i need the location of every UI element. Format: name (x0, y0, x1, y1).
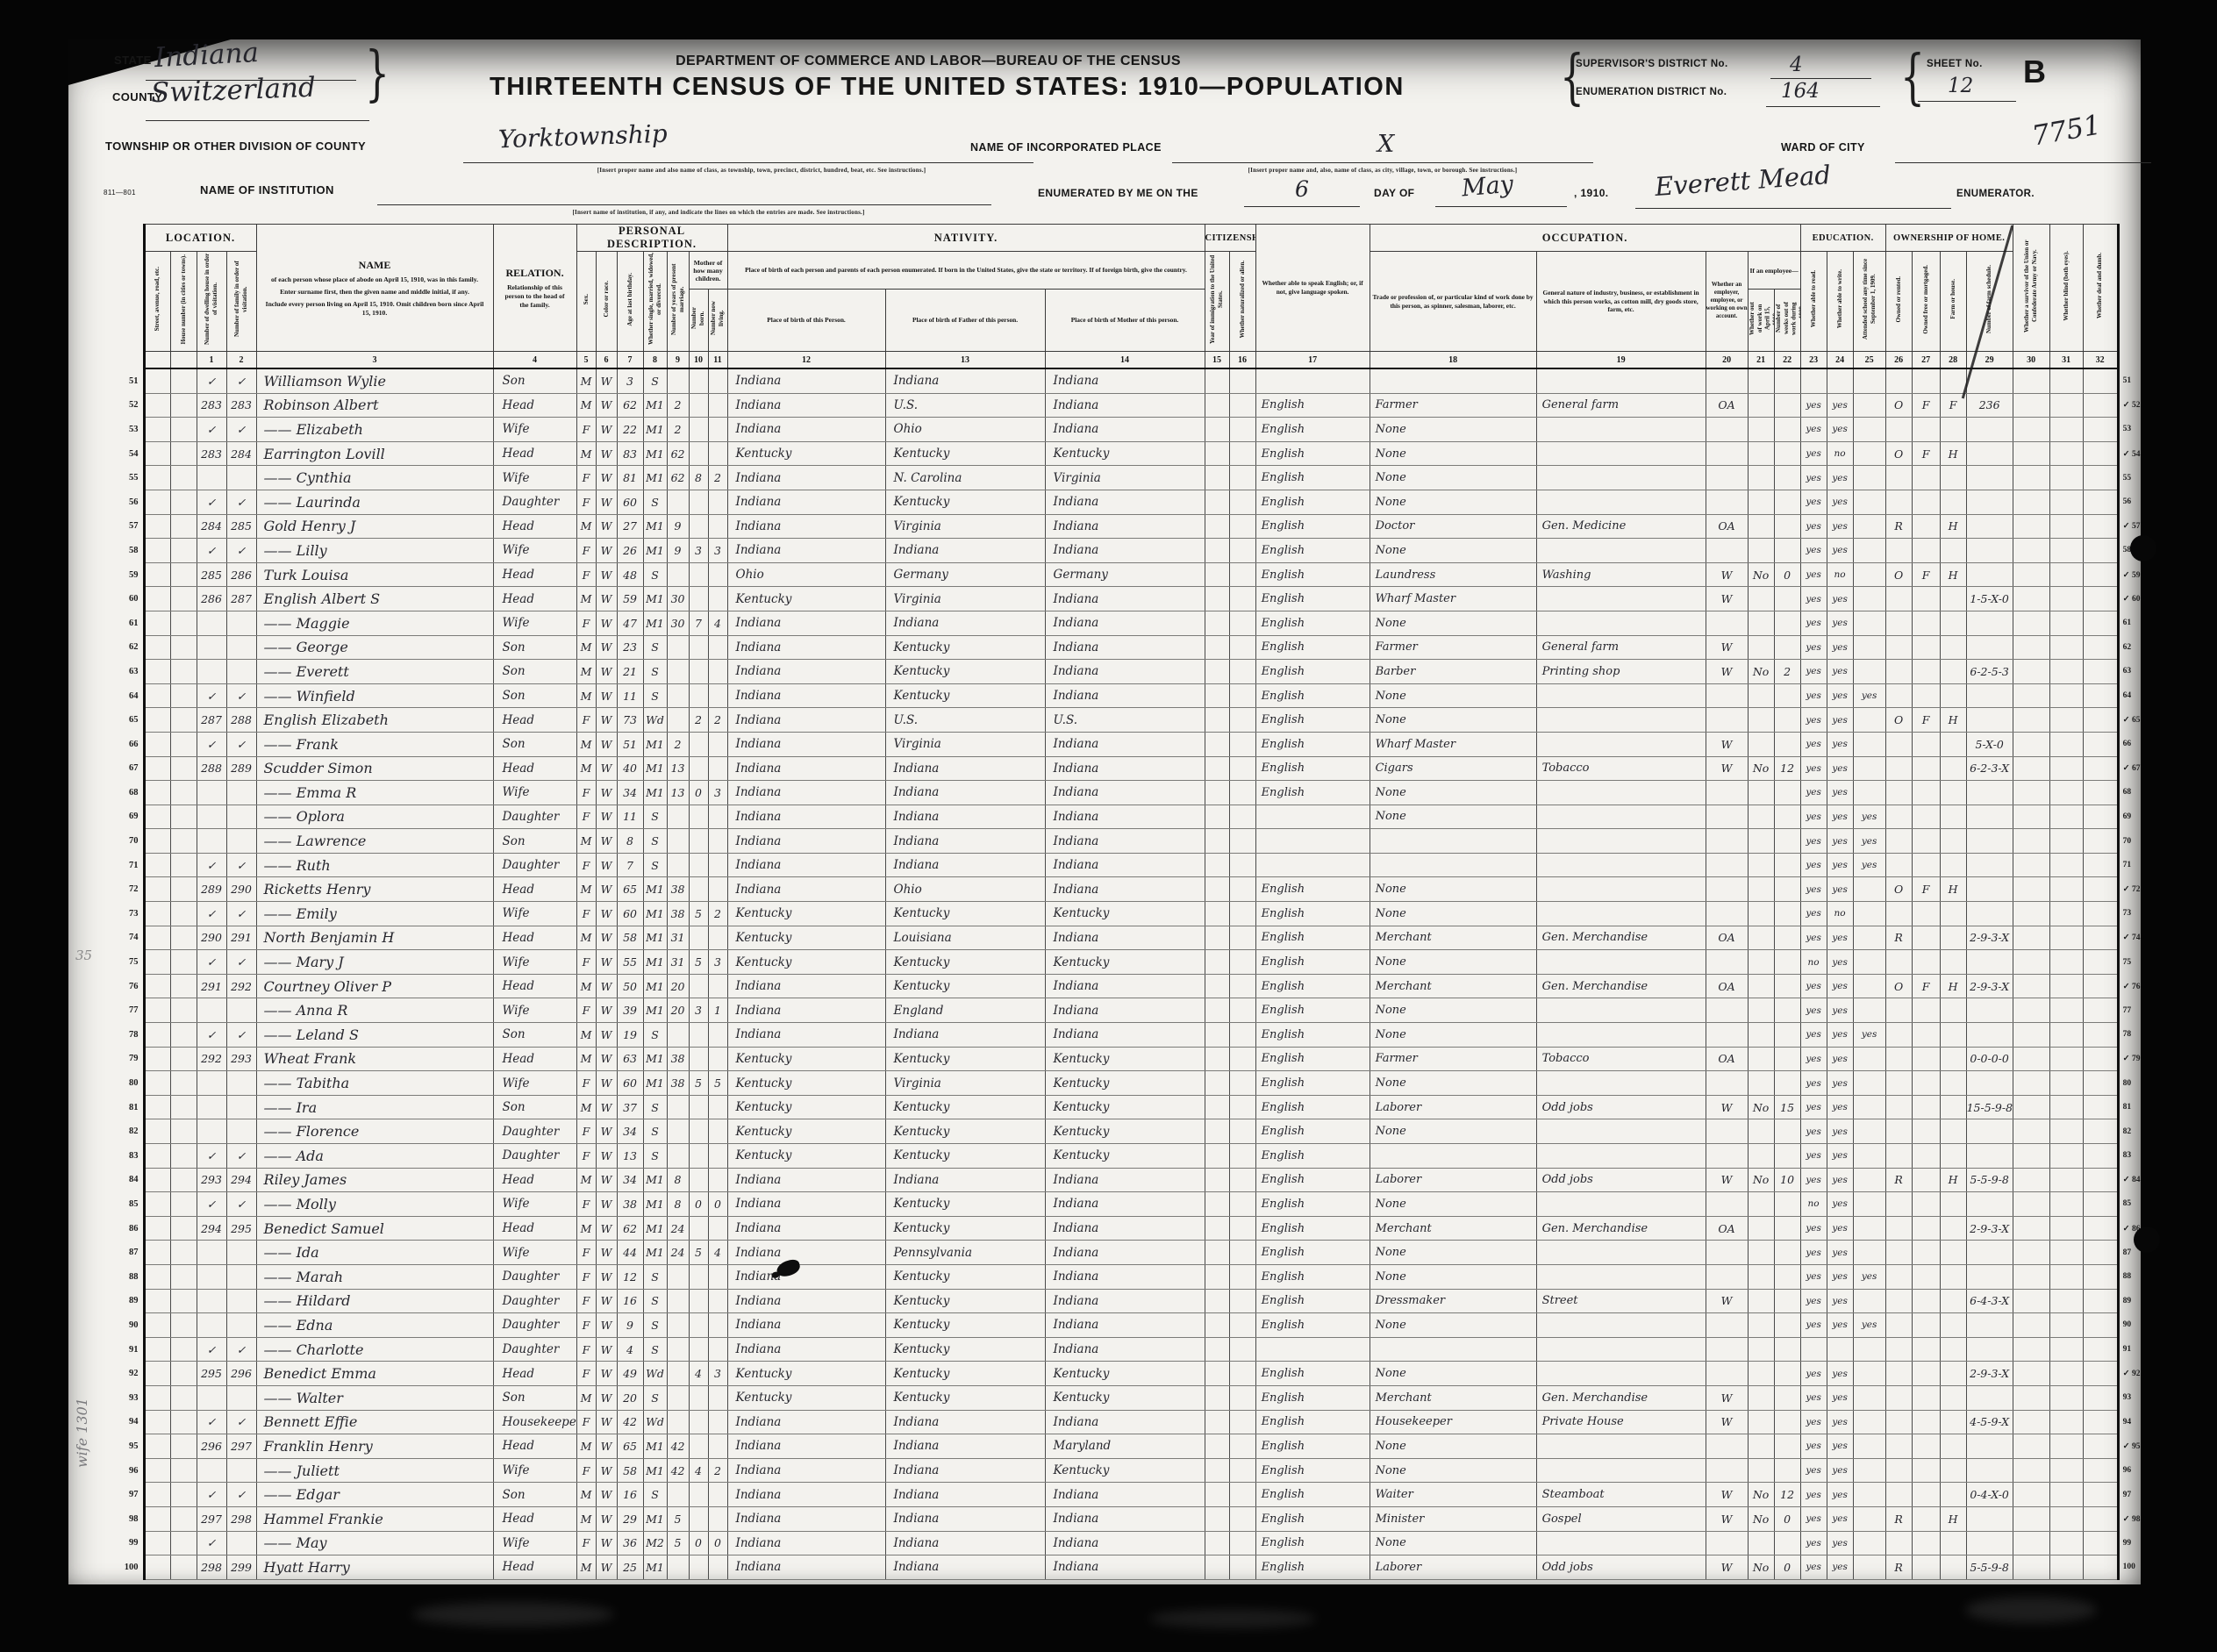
cell-years-married: 38 (667, 902, 689, 926)
cell-street (144, 1023, 170, 1048)
cell-industry (1536, 1119, 1706, 1144)
cell-can-write: yes (1827, 1531, 1853, 1555)
cell-sex: M (576, 1095, 596, 1119)
cell-school (1853, 393, 1885, 418)
cell-farm-or-house: H (1940, 974, 1966, 998)
line-number-left: 89 (112, 1289, 144, 1313)
cell-marital-status: M1 (643, 1071, 667, 1096)
cell-occupation: None (1370, 998, 1536, 1023)
cell-can-write: yes (1827, 974, 1853, 998)
cell-color: W (596, 393, 617, 418)
cell-father-birthplace: Indiana (885, 611, 1045, 635)
cell-home-owned (1885, 1458, 1912, 1483)
cell-naturalized (1229, 1095, 1255, 1119)
cell-house (170, 829, 197, 854)
cell-employer-status: OA (1706, 1216, 1748, 1241)
cell-name: —— Edna (256, 1313, 493, 1338)
column-header: Number born. (689, 290, 708, 352)
cell-home-owned (1885, 1095, 1912, 1119)
cell-birthplace: Indiana (727, 1216, 885, 1241)
cell-years-married: 5 (667, 1506, 689, 1531)
cell-out-of-work (1748, 1362, 1774, 1386)
cell-industry: Tobacco (1536, 756, 1706, 781)
cell-farm-or-house (1940, 1047, 1966, 1071)
cell-home-owned: R (1885, 1506, 1912, 1531)
cell-mortgage: F (1912, 974, 1940, 998)
cell-color: W (596, 805, 617, 829)
cell-house (170, 974, 197, 998)
cell-out-of-work (1748, 708, 1774, 733)
cell-farm-schedule: 5-X-0 (1966, 732, 2013, 756)
cell-father-birthplace: Kentucky (885, 441, 1045, 466)
cell-farm-schedule: 0-4-X-0 (1966, 1483, 2013, 1507)
cell-blind (2049, 1119, 2083, 1144)
cell-occupation: Merchant (1370, 1385, 1536, 1410)
cell-weeks-out: 12 (1774, 756, 1800, 781)
cell-house (170, 562, 197, 587)
cell-deaf (2083, 974, 2118, 998)
cell-blind (2049, 660, 2083, 684)
cell-blind (2049, 683, 2083, 708)
cell-years-married: 38 (667, 877, 689, 902)
cell-school (1853, 418, 1885, 442)
cell-naturalized (1229, 1119, 1255, 1144)
row-number-gutter-left (112, 225, 144, 369)
cell-can-read: yes (1800, 660, 1827, 684)
cell-dwelling-number (197, 1241, 226, 1265)
cell-out-of-work (1748, 514, 1774, 539)
cell-war-survivor (2013, 1071, 2049, 1096)
cell-children-born (689, 1144, 708, 1169)
cell-can-read: yes (1800, 683, 1827, 708)
cell-home-owned (1885, 635, 1912, 660)
cell-sex: M (576, 514, 596, 539)
cell-color: W (596, 660, 617, 684)
cell-farm-schedule (1966, 466, 2013, 490)
cell-can-write: yes (1827, 732, 1853, 756)
cell-school (1853, 514, 1885, 539)
cell-children-born: 0 (689, 1192, 708, 1217)
cell-employer-status (1706, 1071, 1748, 1096)
cell-mother-birthplace: Indiana (1045, 514, 1205, 539)
cell-family-number: 288 (226, 708, 256, 733)
cell-relation: Head (493, 1216, 576, 1241)
cell-sex: F (576, 418, 596, 442)
cell-relation: Daughter (493, 1144, 576, 1169)
cell-language: English (1255, 950, 1370, 975)
line-number-left: 92 (112, 1362, 144, 1386)
cell-age: 7 (617, 853, 643, 877)
cell-color: W (596, 708, 617, 733)
cell-street (144, 732, 170, 756)
cell-mortgage (1912, 611, 1940, 635)
cell-mother-birthplace: U.S. (1045, 708, 1205, 733)
cell-color: W (596, 1241, 617, 1265)
cell-name: Earrington Lovill (256, 441, 493, 466)
cell-dwelling-number (197, 611, 226, 635)
cell-school (1853, 1362, 1885, 1386)
cell-street (144, 1410, 170, 1434)
cell-children-born (689, 1095, 708, 1119)
cell-years-married (667, 683, 689, 708)
cell-house (170, 1192, 197, 1217)
cell-can-read: yes (1800, 998, 1827, 1023)
cell-school (1853, 1216, 1885, 1241)
cell-sex: M (576, 1385, 596, 1410)
cell-employer-status: OA (1706, 393, 1748, 418)
cell-mother-birthplace: Indiana (1045, 1313, 1205, 1338)
cell-weeks-out (1774, 1385, 1800, 1410)
cell-deaf (2083, 781, 2118, 805)
cell-house (170, 708, 197, 733)
cell-naturalized (1229, 1410, 1255, 1434)
cell-house (170, 490, 197, 514)
cell-color: W (596, 587, 617, 611)
cell-industry: Gen. Merchandise (1536, 926, 1706, 950)
cell-can-write: yes (1827, 926, 1853, 950)
cell-children-born (689, 877, 708, 902)
cell-years-married (667, 490, 689, 514)
cell-language: English (1255, 1095, 1370, 1119)
cell-house (170, 1410, 197, 1434)
cell-relation: Head (493, 562, 576, 587)
line-number-right: 55 (2118, 466, 2158, 490)
cell-employer-status: W (1706, 1555, 1748, 1580)
cell-relation: Son (493, 732, 576, 756)
cell-color: W (596, 514, 617, 539)
cell-blind (2049, 1410, 2083, 1434)
cell-family-number (226, 466, 256, 490)
cell-name: —— Lilly (256, 539, 493, 563)
cell-mother-birthplace: Kentucky (1045, 950, 1205, 975)
cell-occupation (1370, 368, 1536, 393)
cell-children-born (689, 1023, 708, 1048)
cell-farm-schedule (1966, 441, 2013, 466)
cell-marital-status: M1 (643, 539, 667, 563)
cell-weeks-out (1774, 974, 1800, 998)
cell-employer-status: OA (1706, 514, 1748, 539)
cell-years-married: 8 (667, 1192, 689, 1217)
cell-occupation: None (1370, 1458, 1536, 1483)
cell-children-living (708, 1216, 727, 1241)
cell-weeks-out (1774, 611, 1800, 635)
cell-father-birthplace: Kentucky (885, 1385, 1045, 1410)
cell-occupation: Laborer (1370, 1555, 1536, 1580)
cell-can-read: yes (1800, 1144, 1827, 1169)
cell-name: —— Cynthia (256, 466, 493, 490)
cell-father-birthplace: Indiana (885, 1555, 1045, 1580)
cell-family-number: ✓ (226, 368, 256, 393)
cell-home-owned: R (1885, 1555, 1912, 1580)
cell-occupation (1370, 1144, 1536, 1169)
cell-age: 39 (617, 998, 643, 1023)
cell-mortgage (1912, 732, 1940, 756)
cell-sex: F (576, 1071, 596, 1096)
cell-family-number (226, 635, 256, 660)
cell-sex: F (576, 1192, 596, 1217)
cell-family-number (226, 1241, 256, 1265)
cell-name: —— Emma R (256, 781, 493, 805)
cell-name: —— Edgar (256, 1483, 493, 1507)
cell-farm-or-house (1940, 490, 1966, 514)
line-number-left: 69 (112, 805, 144, 829)
cell-farm-schedule: 0-0-0-0 (1966, 1047, 2013, 1071)
cell-age: 36 (617, 1531, 643, 1555)
cell-age: 25 (617, 1555, 643, 1580)
cell-industry: Odd jobs (1536, 1095, 1706, 1119)
cell-children-born (689, 441, 708, 466)
cell-name: Robinson Albert (256, 393, 493, 418)
form-code: 811—801 (104, 189, 136, 197)
cell-immigration-year (1205, 1241, 1229, 1265)
cell-blind (2049, 805, 2083, 829)
cell-language (1255, 805, 1370, 829)
cell-school (1853, 1555, 1885, 1580)
cell-industry (1536, 877, 1706, 902)
cell-street (144, 1047, 170, 1071)
cell-industry: Odd jobs (1536, 1555, 1706, 1580)
cell-dwelling-number: 289 (197, 877, 226, 902)
cell-sex: M (576, 1506, 596, 1531)
cell-employer-status (1706, 829, 1748, 854)
cell-sex: F (576, 1289, 596, 1313)
cell-dwelling-number: ✓ (197, 732, 226, 756)
cell-years-married: 38 (667, 1047, 689, 1071)
cell-sex: F (576, 781, 596, 805)
cell-mother-birthplace: Indiana (1045, 490, 1205, 514)
cell-can-write: yes (1827, 1241, 1853, 1265)
cell-school (1853, 781, 1885, 805)
cell-deaf (2083, 708, 2118, 733)
cell-mortgage (1912, 1023, 1940, 1048)
column-header: 2 (226, 352, 256, 369)
cell-children-born: 4 (689, 1362, 708, 1386)
cell-naturalized (1229, 1458, 1255, 1483)
cell-weeks-out (1774, 926, 1800, 950)
cell-school (1853, 974, 1885, 998)
cell-home-owned (1885, 683, 1912, 708)
cell-occupation: None (1370, 781, 1536, 805)
cell-marital-status: S (643, 1023, 667, 1048)
scan-blotch (412, 1602, 614, 1627)
cell-relation: Wife (493, 950, 576, 975)
cell-language (1255, 853, 1370, 877)
cell-naturalized (1229, 418, 1255, 442)
cell-naturalized (1229, 805, 1255, 829)
cell-occupation: None (1370, 1434, 1536, 1459)
cell-farm-or-house (1940, 587, 1966, 611)
cell-mother-birthplace: Indiana (1045, 635, 1205, 660)
cell-farm-schedule (1966, 805, 2013, 829)
cell-industry (1536, 708, 1706, 733)
cell-children-born: 7 (689, 611, 708, 635)
cell-sex: F (576, 1410, 596, 1434)
cell-street (144, 1289, 170, 1313)
column-header: 31 (2049, 352, 2083, 369)
cell-age: 62 (617, 393, 643, 418)
cell-war-survivor (2013, 1095, 2049, 1119)
cell-relation: Head (493, 708, 576, 733)
cell-age: 42 (617, 1410, 643, 1434)
cell-deaf (2083, 441, 2118, 466)
line-number-right: 82 (2118, 1119, 2158, 1144)
cell-years-married (667, 805, 689, 829)
cell-farm-schedule: 4-5-9-X (1966, 1410, 2013, 1434)
cell-occupation: None (1370, 611, 1536, 635)
cell-industry: Washing (1536, 562, 1706, 587)
cell-school (1853, 1289, 1885, 1313)
cell-relation: Housekeeper (493, 1410, 576, 1434)
cell-age: 37 (617, 1095, 643, 1119)
cell-can-write: yes (1827, 683, 1853, 708)
cell-employer-status: W (1706, 587, 1748, 611)
cell-sex: M (576, 441, 596, 466)
cell-sex: M (576, 660, 596, 684)
cell-deaf (2083, 1168, 2118, 1192)
cell-can-write: yes (1827, 950, 1853, 975)
enumeration-district-label: ENUMERATION DISTRICT No. (1576, 87, 1727, 97)
supervisor-underline (1770, 78, 1871, 79)
column-header: Year of immigration to the United States… (1205, 252, 1229, 352)
cell-weeks-out (1774, 1264, 1800, 1289)
cell-house (170, 514, 197, 539)
cell-weeks-out (1774, 1434, 1800, 1459)
cell-color: W (596, 683, 617, 708)
cell-home-owned (1885, 1410, 1912, 1434)
cell-employer-status (1706, 805, 1748, 829)
cell-war-survivor (2013, 1362, 2049, 1386)
cell-farm-or-house: H (1940, 877, 1966, 902)
cell-deaf (2083, 950, 2118, 975)
cell-relation: Head (493, 587, 576, 611)
cell-can-read: yes (1800, 1385, 1827, 1410)
cell-deaf (2083, 1071, 2118, 1096)
cell-industry: General farm (1536, 393, 1706, 418)
cell-farm-schedule (1966, 490, 2013, 514)
cell-industry (1536, 1241, 1706, 1265)
cell-naturalized (1229, 1241, 1255, 1265)
cell-out-of-work (1748, 1216, 1774, 1241)
cell-marital-status: S (643, 1289, 667, 1313)
cell-family-number: ✓ (226, 853, 256, 877)
cell-war-survivor (2013, 562, 2049, 587)
cell-war-survivor (2013, 950, 2049, 975)
institution-note: [Insert name of institution, if any, and… (446, 209, 991, 216)
cell-children-living (708, 393, 727, 418)
cell-blind (2049, 490, 2083, 514)
cell-sex: M (576, 368, 596, 393)
cell-employer-status (1706, 1119, 1748, 1144)
cell-father-birthplace: U.S. (885, 393, 1045, 418)
cell-relation: Wife (493, 1071, 576, 1096)
cell-deaf (2083, 368, 2118, 393)
cell-years-married (667, 1289, 689, 1313)
cell-immigration-year (1205, 1506, 1229, 1531)
cell-relation: Son (493, 368, 576, 393)
cell-name: —— Lawrence (256, 829, 493, 854)
cell-out-of-work (1748, 853, 1774, 877)
cell-war-survivor (2013, 1385, 2049, 1410)
cell-weeks-out: 10 (1774, 1168, 1800, 1192)
cell-deaf (2083, 1144, 2118, 1169)
cell-children-living: 3 (708, 950, 727, 975)
cell-deaf (2083, 1095, 2118, 1119)
cell-name: Gold Henry J (256, 514, 493, 539)
cell-mortgage (1912, 1385, 1940, 1410)
cell-can-read: yes (1800, 1264, 1827, 1289)
cell-father-birthplace: Indiana (885, 781, 1045, 805)
line-number-left: 61 (112, 611, 144, 635)
cell-age: 60 (617, 490, 643, 514)
cell-school (1853, 902, 1885, 926)
cell-deaf (2083, 1192, 2118, 1217)
cell-house (170, 441, 197, 466)
cell-language: English (1255, 1483, 1370, 1507)
cell-language: English (1255, 1144, 1370, 1169)
cell-out-of-work (1748, 466, 1774, 490)
cell-naturalized (1229, 732, 1255, 756)
cell-employer-status (1706, 877, 1748, 902)
column-header: Whether naturalized or alien. (1229, 252, 1255, 352)
cell-deaf (2083, 393, 2118, 418)
cell-children-born (689, 1313, 708, 1338)
cell-immigration-year (1205, 902, 1229, 926)
column-header: RELATION.Relationship of this person to … (493, 225, 576, 352)
cell-blind (2049, 1023, 2083, 1048)
cell-blind (2049, 1362, 2083, 1386)
cell-immigration-year (1205, 708, 1229, 733)
cell-home-owned: O (1885, 393, 1912, 418)
cell-immigration-year (1205, 683, 1229, 708)
cell-home-owned (1885, 1047, 1912, 1071)
cell-home-owned (1885, 1071, 1912, 1096)
line-number-left: 65 (112, 708, 144, 733)
cell-street (144, 683, 170, 708)
cell-children-living (708, 368, 727, 393)
cell-war-survivor (2013, 1313, 2049, 1338)
line-number-left: 87 (112, 1241, 144, 1265)
line-number-right: 91 (2118, 1337, 2158, 1362)
cell-father-birthplace: Virginia (885, 1071, 1045, 1096)
line-number-left: 95 (112, 1434, 144, 1459)
cell-age: 16 (617, 1483, 643, 1507)
cell-can-read: yes (1800, 514, 1827, 539)
cell-years-married (667, 1095, 689, 1119)
cell-naturalized (1229, 1289, 1255, 1313)
column-header: 22 (1774, 352, 1800, 369)
cell-mother-birthplace: Indiana (1045, 998, 1205, 1023)
cell-employer-status: W (1706, 1483, 1748, 1507)
cell-house (170, 1023, 197, 1048)
cell-color: W (596, 611, 617, 635)
cell-children-living: 0 (708, 1192, 727, 1217)
cell-family-number: ✓ (226, 539, 256, 563)
cell-home-owned (1885, 950, 1912, 975)
cell-name: —— Maggie (256, 611, 493, 635)
cell-weeks-out (1774, 1119, 1800, 1144)
cell-age: 55 (617, 950, 643, 975)
cell-occupation: None (1370, 1071, 1536, 1096)
cell-birthplace: Indiana (727, 514, 885, 539)
cell-language: English (1255, 781, 1370, 805)
cell-immigration-year (1205, 418, 1229, 442)
cell-mother-birthplace: Indiana (1045, 1337, 1205, 1362)
cell-can-write: yes (1827, 490, 1853, 514)
cell-street (144, 781, 170, 805)
cell-industry (1536, 466, 1706, 490)
cell-mother-birthplace: Indiana (1045, 1531, 1205, 1555)
cell-children-living: 3 (708, 781, 727, 805)
